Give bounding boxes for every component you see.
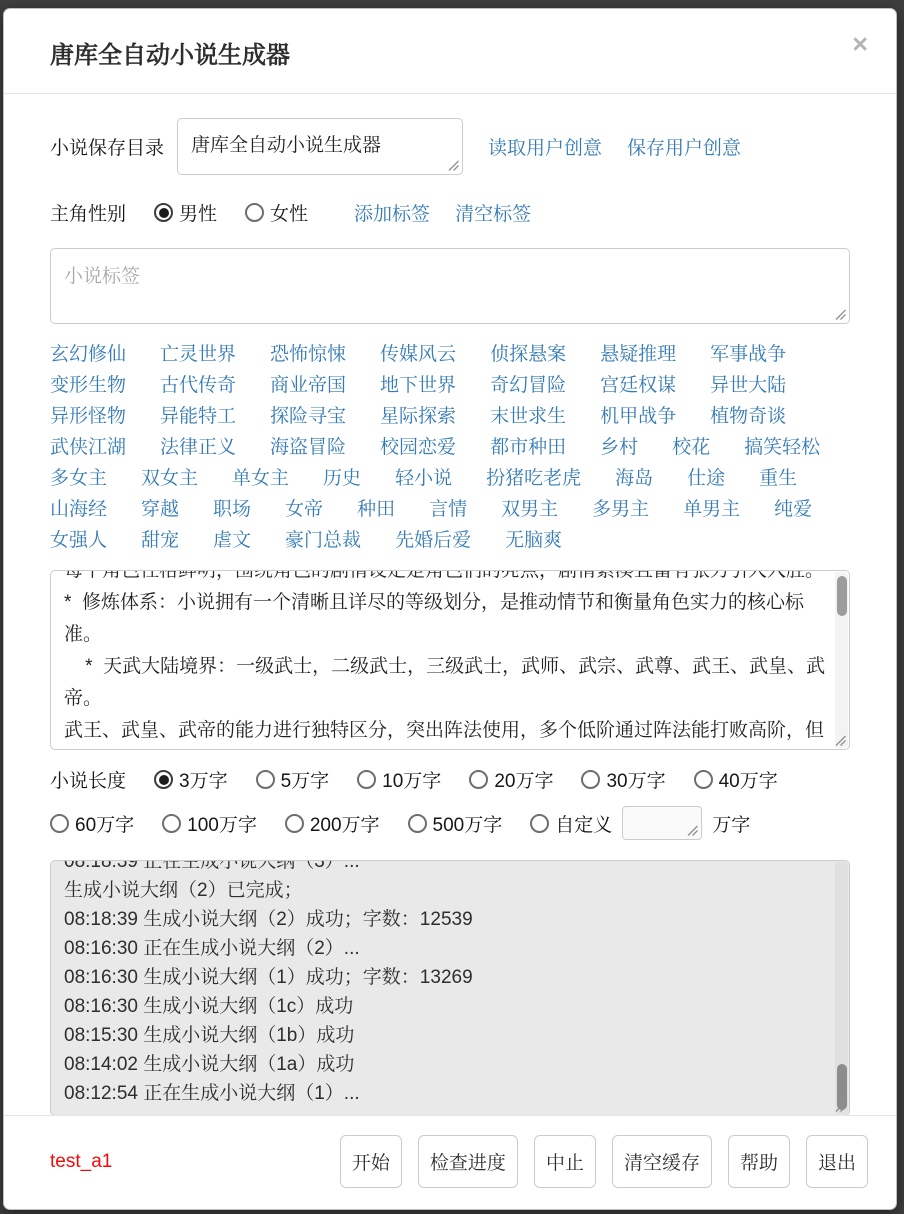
tags-field-wrap: [50, 248, 850, 324]
gender-option-male[interactable]: 男性: [154, 199, 217, 226]
check-progress-button[interactable]: 检查进度: [418, 1135, 518, 1188]
tag-link[interactable]: 职场: [213, 494, 251, 521]
tag-link[interactable]: 虐文: [213, 525, 251, 552]
save-dir-label: 小说保存目录: [50, 133, 164, 160]
tag-row: 多女主双女主单女主历史轻小说扮猪吃老虎海岛仕途重生: [50, 461, 850, 492]
radio-icon[interactable]: [530, 814, 549, 833]
tag-link[interactable]: 甜宠: [141, 525, 179, 552]
tag-link[interactable]: 末世求生: [490, 401, 566, 428]
status-text: test_a1: [50, 1151, 112, 1173]
log-textarea[interactable]: [50, 860, 850, 1115]
length-option-label: 40万字: [719, 766, 778, 793]
tag-link[interactable]: 双女主: [141, 463, 198, 490]
close-icon[interactable]: ×: [852, 31, 868, 58]
footer-buttons: 开始检查进度中止清空缓存帮助退出: [340, 1135, 868, 1188]
length-option-label: 100万字: [187, 810, 257, 837]
radio-icon[interactable]: [469, 770, 488, 789]
length-option[interactable]: 3万字: [154, 766, 228, 793]
length-options-row: 小说长度 3万字5万字10万字20万字30万字40万字60万字100万字200万…: [50, 766, 850, 840]
tag-link[interactable]: 单女主: [232, 463, 289, 490]
tag-link[interactable]: 商业帝国: [270, 370, 346, 397]
tag-row: 异形怪物异能特工探险寻宝星际探索末世求生机甲战争植物奇谈: [50, 399, 850, 430]
length-option-label: 10万字: [382, 766, 441, 793]
tag-row: 玄幻修仙亡灵世界恐怖惊悚传媒风云侦探悬案悬疑推理军事战争: [50, 337, 850, 368]
tag-link[interactable]: 侦探悬案: [490, 339, 566, 366]
tag-link[interactable]: 变形生物: [50, 370, 126, 397]
custom-length-field-wrap: [622, 806, 702, 840]
tag-link[interactable]: 先婚后爱: [395, 525, 471, 552]
tag-link[interactable]: 海岛: [615, 463, 653, 490]
tag-row: 女强人甜宠虐文豪门总裁先婚后爱无脑爽: [50, 523, 850, 554]
log-field-wrap: [50, 860, 850, 1115]
tag-link[interactable]: 武侠江湖: [50, 432, 126, 459]
tag-link[interactable]: 星际探索: [380, 401, 456, 428]
dialog-header: 唐库全自动小说生成器 ×: [4, 9, 896, 94]
tag-link[interactable]: 乡村: [600, 432, 638, 459]
tag-link[interactable]: 无脑爽: [505, 525, 562, 552]
length-option[interactable]: 40万字: [694, 766, 778, 793]
gender-label: 主角性别: [50, 199, 126, 226]
length-option-label: 5万字: [281, 766, 330, 793]
save-dir-field-wrap: 唐库全自动小说生成器: [177, 118, 463, 175]
tag-row: 武侠江湖法律正义海盗冒险校园恋爱都市种田乡村校花搞笑轻松: [50, 430, 850, 461]
read-user-idea-link[interactable]: 读取用户创意: [488, 133, 602, 160]
radio-icon[interactable]: [245, 203, 264, 222]
clear-cache-button[interactable]: 清空缓存: [612, 1135, 712, 1188]
tag-link[interactable]: 宫廷权谋: [600, 370, 676, 397]
scrollbar-track[interactable]: [835, 862, 848, 1114]
tag-link[interactable]: 纯爱: [774, 494, 812, 521]
length-option[interactable]: 10万字: [357, 766, 441, 793]
tag-link[interactable]: 扮猪吃老虎: [486, 463, 581, 490]
radio-checked-icon[interactable]: [154, 203, 173, 222]
tag-link[interactable]: 搞笑轻松: [744, 432, 820, 459]
dialog-footer: test_a1 开始检查进度中止清空缓存帮助退出: [4, 1115, 896, 1209]
tag-link[interactable]: 单男主: [683, 494, 740, 521]
length-option-label: 500万字: [433, 810, 503, 837]
length-option[interactable]: 500万字: [408, 810, 503, 837]
tag-link[interactable]: 多男主: [592, 494, 649, 521]
tag-link[interactable]: 种田: [357, 494, 395, 521]
tag-link[interactable]: 豪门总裁: [285, 525, 361, 552]
tag-cloud: 玄幻修仙亡灵世界恐怖惊悚传媒风云侦探悬案悬疑推理军事战争变形生物古代传奇商业帝国…: [50, 337, 850, 554]
length-option[interactable]: 60万字: [50, 810, 134, 837]
radio-icon[interactable]: [50, 814, 69, 833]
tag-link[interactable]: 重生: [759, 463, 797, 490]
length-option[interactable]: 30万字: [581, 766, 665, 793]
clear-tag-link[interactable]: 清空标签: [455, 199, 531, 226]
dialog-title: 唐库全自动小说生成器: [50, 35, 850, 70]
page-background: { "dialog": { "title": "唐库全自动小说生成器", "cl…: [0, 0, 904, 1214]
tag-link[interactable]: 军事战争: [710, 339, 786, 366]
length-option[interactable]: 200万字: [285, 810, 380, 837]
novel-generator-dialog: 唐库全自动小说生成器 × 小说保存目录 唐库全自动小说生成器 读取用户创意 保存…: [3, 8, 897, 1210]
gender-row: 主角性别 男性 女性 添加标签 清空标签: [50, 199, 850, 226]
custom-length-input[interactable]: [622, 806, 702, 840]
length-custom-label: 自定义: [555, 810, 612, 837]
abort-button[interactable]: 中止: [534, 1135, 596, 1188]
length-label: 小说长度: [50, 766, 126, 793]
scrollbar-thumb[interactable]: [837, 1064, 847, 1110]
exit-button[interactable]: 退出: [806, 1135, 868, 1188]
tag-row: 山海经穿越职场女帝种田言情双男主多男主单男主纯爱: [50, 492, 850, 523]
gender-option-female[interactable]: 女性: [245, 199, 308, 226]
tag-link[interactable]: 双男主: [501, 494, 558, 521]
tag-link[interactable]: 异形怪物: [50, 401, 126, 428]
radio-icon[interactable]: [694, 770, 713, 789]
tag-link[interactable]: 仕途: [687, 463, 725, 490]
length-option-label: 60万字: [75, 810, 134, 837]
tag-link[interactable]: 机甲战争: [600, 401, 676, 428]
tag-link[interactable]: 校园恋爱: [380, 432, 456, 459]
tag-link[interactable]: 法律正义: [160, 432, 236, 459]
gender-option-label: 男性: [179, 199, 217, 226]
radio-icon[interactable]: [408, 814, 427, 833]
help-button[interactable]: 帮助: [728, 1135, 790, 1188]
tag-link[interactable]: 古代传奇: [160, 370, 236, 397]
tag-link[interactable]: 海盗冒险: [270, 432, 346, 459]
length-option-label: 200万字: [310, 810, 380, 837]
tag-link[interactable]: 植物奇谈: [710, 401, 786, 428]
tag-link[interactable]: 探险寻宝: [270, 401, 346, 428]
tag-link[interactable]: 异世大陆: [710, 370, 786, 397]
radio-checked-icon[interactable]: [154, 770, 173, 789]
add-tag-link[interactable]: 添加标签: [354, 199, 430, 226]
radio-icon[interactable]: [285, 814, 304, 833]
save-dir-input[interactable]: 唐库全自动小说生成器: [177, 118, 463, 175]
gender-option-label: 女性: [270, 199, 308, 226]
tag-link[interactable]: 言情: [429, 494, 467, 521]
length-custom-group: 自定义 万字: [530, 806, 750, 840]
tag-row: 变形生物古代传奇商业帝国地下世界奇幻冒险宫廷权谋异世大陆: [50, 368, 850, 399]
length-option-custom[interactable]: 自定义: [530, 810, 612, 837]
tag-link[interactable]: 都市种田: [490, 432, 566, 459]
tag-link[interactable]: 亡灵世界: [160, 339, 236, 366]
tag-link[interactable]: 穿越: [141, 494, 179, 521]
tag-link[interactable]: 山海经: [50, 494, 107, 521]
start-button[interactable]: 开始: [340, 1135, 402, 1188]
idea-textarea[interactable]: [50, 570, 850, 750]
length-option-label: 20万字: [494, 766, 553, 793]
tag-link[interactable]: 悬疑推理: [600, 339, 676, 366]
length-option[interactable]: 20万字: [469, 766, 553, 793]
tag-link[interactable]: 历史: [323, 463, 361, 490]
tag-link[interactable]: 恐怖惊悚: [270, 339, 346, 366]
tag-link[interactable]: 异能特工: [160, 401, 236, 428]
radio-icon[interactable]: [162, 814, 181, 833]
tag-link[interactable]: 女强人: [50, 525, 107, 552]
length-option-label: 3万字: [179, 766, 228, 793]
radio-icon[interactable]: [256, 770, 275, 789]
tag-link[interactable]: 地下世界: [380, 370, 456, 397]
save-dir-row: 小说保存目录 唐库全自动小说生成器 读取用户创意 保存用户创意: [50, 118, 850, 175]
tag-link[interactable]: 校花: [672, 432, 710, 459]
custom-length-unit: 万字: [712, 810, 750, 837]
tag-link[interactable]: 轻小说: [395, 463, 452, 490]
tags-input[interactable]: [50, 248, 850, 324]
idea-field-wrap: [50, 570, 850, 750]
dialog-body: 小说保存目录 唐库全自动小说生成器 读取用户创意 保存用户创意 主角性别 男性 …: [4, 94, 896, 1115]
tag-link[interactable]: 玄幻修仙: [50, 339, 126, 366]
tag-link[interactable]: 多女主: [50, 463, 107, 490]
length-option[interactable]: 100万字: [162, 810, 257, 837]
save-user-idea-link[interactable]: 保存用户创意: [627, 133, 741, 160]
tag-link[interactable]: 传媒风云: [380, 339, 456, 366]
radio-icon[interactable]: [581, 770, 600, 789]
radio-icon[interactable]: [357, 770, 376, 789]
tag-link[interactable]: 奇幻冒险: [490, 370, 566, 397]
tag-link[interactable]: 女帝: [285, 494, 323, 521]
scrollbar-thumb[interactable]: [837, 576, 847, 616]
scrollbar-track[interactable]: [835, 572, 848, 748]
length-option-label: 30万字: [606, 766, 665, 793]
length-option[interactable]: 5万字: [256, 766, 330, 793]
